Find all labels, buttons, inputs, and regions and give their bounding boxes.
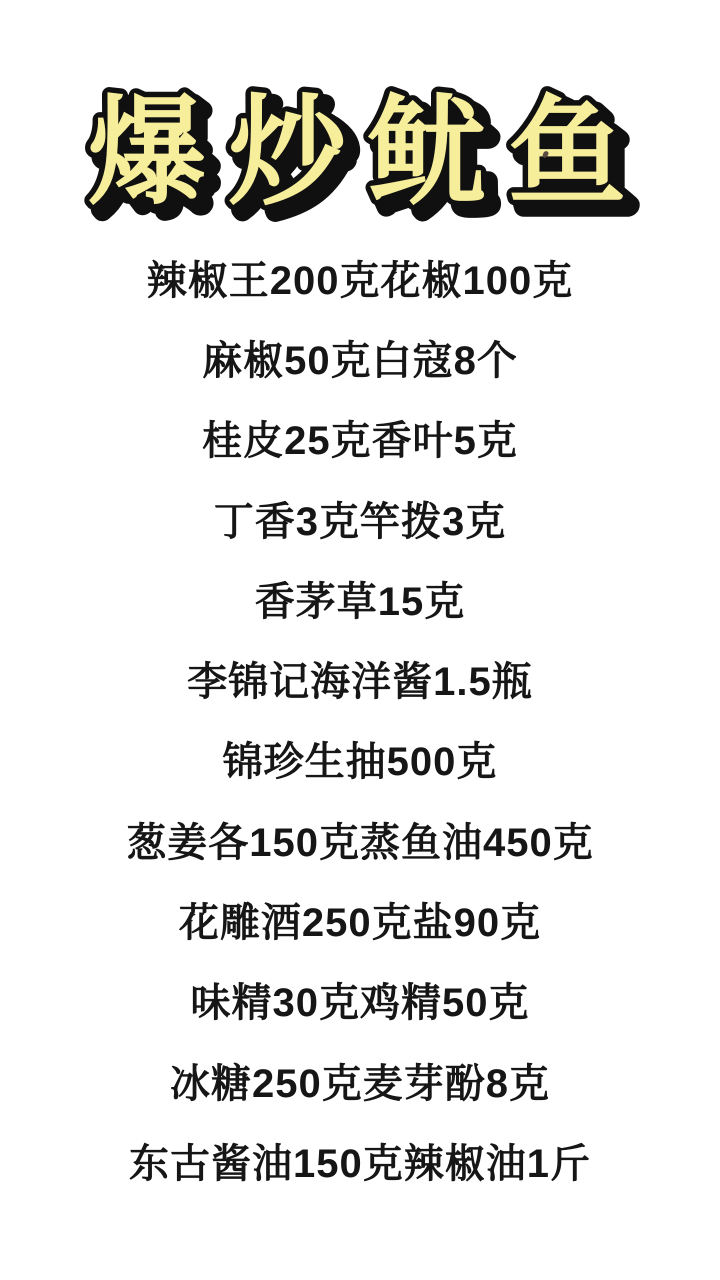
recipe-title-art: 爆炒鱿鱼 爆炒鱿鱼 [0, 62, 720, 242]
ingredient-line-lkk-sauce: 李锦记海洋酱1.5瓶 [0, 638, 720, 718]
ingredient-line-msg-chicken: 味精30克鸡精50克 [0, 960, 720, 1040]
ingredient-line-chili-king: 辣椒王200克花椒100克 [0, 237, 720, 317]
ingredient-line-huadiao-salt: 花雕酒250克盐90克 [0, 879, 720, 959]
ingredient-line-cinnamon-bayleaf: 桂皮25克香叶5克 [0, 398, 720, 478]
ingredient-line-clove-bibo: 丁香3克竿拨3克 [0, 478, 720, 558]
ingredient-line-soy-sauce-jinzhen: 锦珍生抽500克 [0, 719, 720, 799]
ingredient-line-sugar-maltol: 冰糖250克麦芽酚8克 [0, 1040, 720, 1120]
ingredient-line-scallion-ginger-fishoil: 葱姜各150克蒸鱼油450克 [0, 799, 720, 879]
recipe-poster: 爆炒鱿鱼 爆炒鱿鱼 辣椒王200克花椒100克 麻椒50克白寇8个 桂皮25克香… [0, 0, 720, 1280]
ingredient-line-lemongrass: 香茅草15克 [0, 558, 720, 638]
ingredient-line-majiao-baikou: 麻椒50克白寇8个 [0, 317, 720, 397]
recipe-title: 爆炒鱿鱼 [88, 87, 648, 219]
ingredient-list: 辣椒王200克花椒100克 麻椒50克白寇8个 桂皮25克香叶5克 丁香3克竿拨… [0, 237, 720, 1201]
ingredient-line-donggu-chilioil: 东古酱油150克辣椒油1斤 [0, 1120, 720, 1200]
recipe-title-block: 爆炒鱿鱼 爆炒鱿鱼 [0, 62, 720, 242]
